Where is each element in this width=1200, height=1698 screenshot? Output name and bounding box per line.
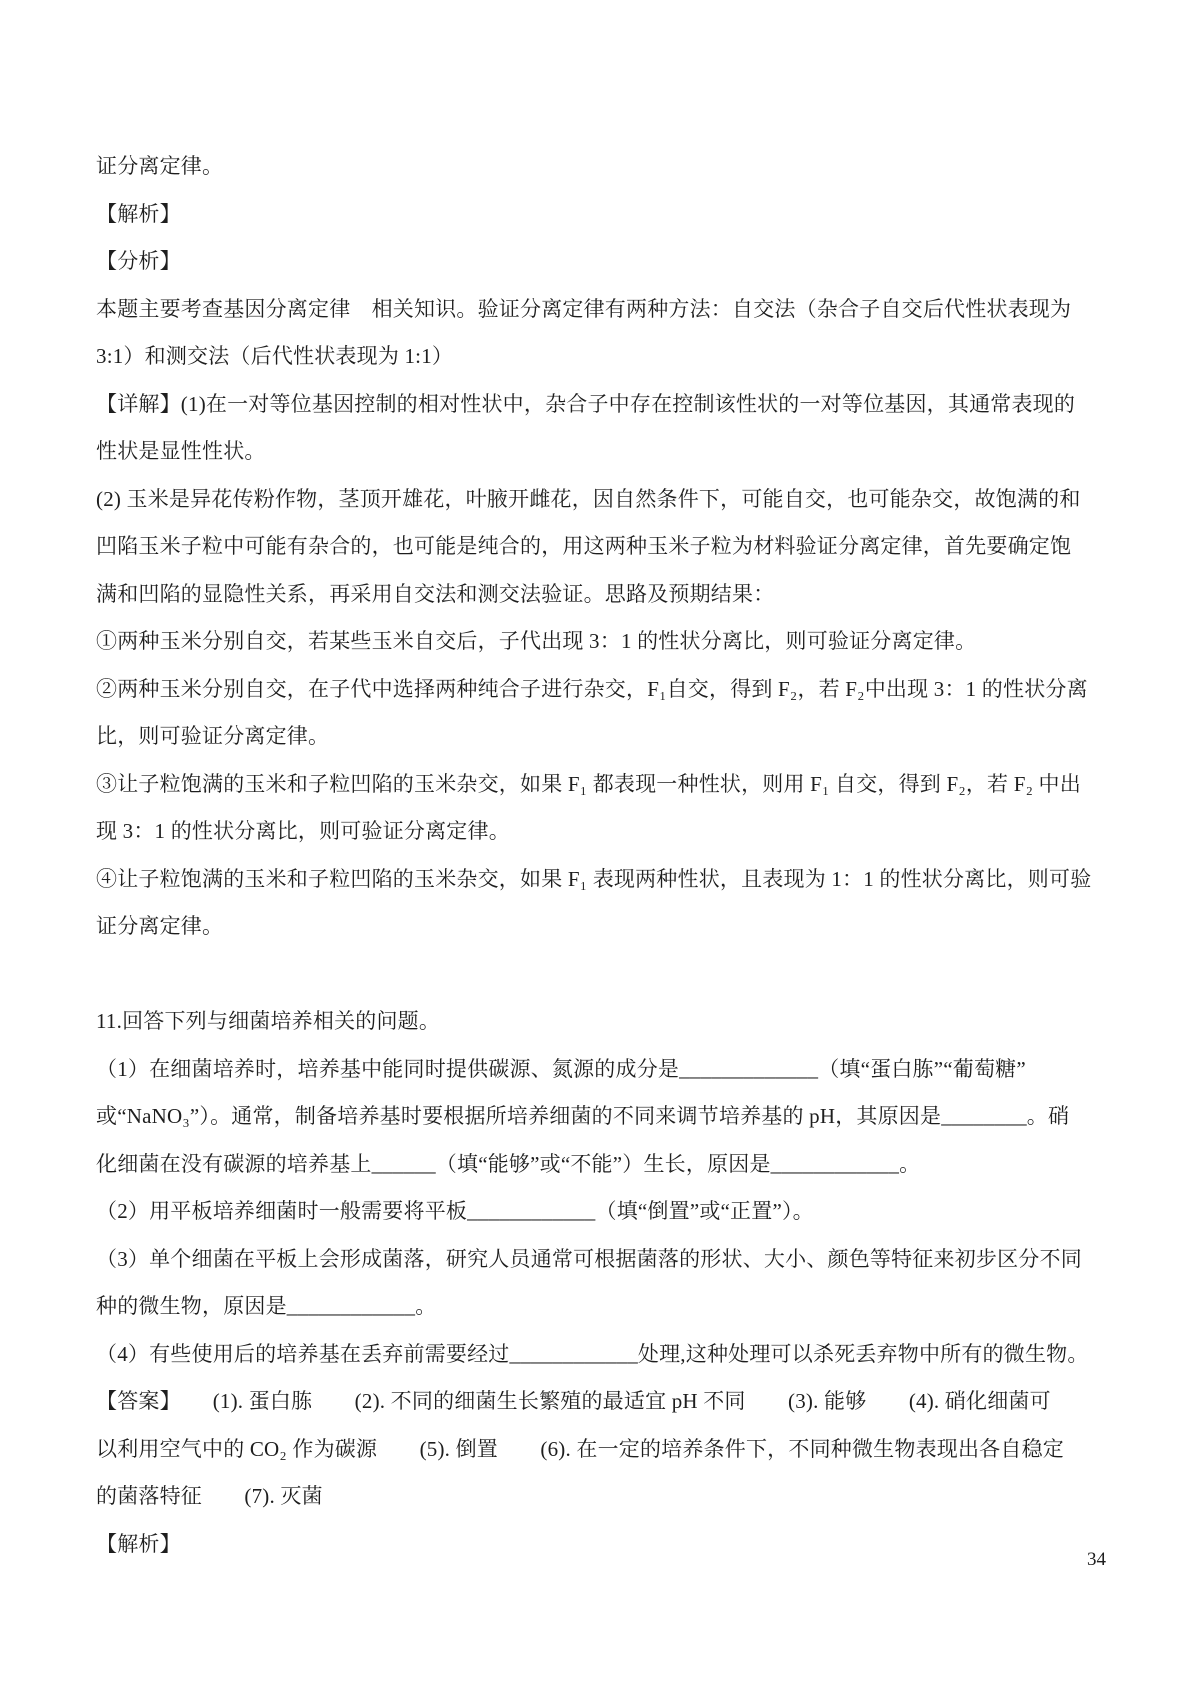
method-2-line-1: ②两种玉米分别自交，在子代中选择两种纯合子进行杂交，F₁自交，得到 F₂，若 F… (96, 666, 1110, 714)
method-4-line-2: 证分离定律。 (96, 903, 1110, 951)
q11-answer-line-3: 的菌落特征 (7). 灭菌 (96, 1473, 1110, 1521)
analysis-line-1: 本题主要考查基因分离定律 相关知识。验证分离定律有两种方法：自交法（杂合子自交后… (96, 286, 1110, 334)
q11-answer-line-1: 【答案】 (1). 蛋白胨 (2). 不同的细菌生长繁殖的最适宜 pH 不同 (… (96, 1378, 1110, 1426)
verification-conclusion-line: 证分离定律。 (96, 143, 1110, 191)
q11-part2-line: （2）用平板培养细菌时一般需要将平板____________（填“倒置”或“正置… (96, 1188, 1110, 1236)
overview-label: 【分析】 (96, 238, 1110, 286)
analysis-label: 【解析】 (96, 191, 1110, 239)
explanation-line-5: 满和凹陷的显隐性关系，再采用自交法和测交法验证。思路及预期结果： (96, 571, 1110, 619)
question-11-stem: 11.回答下列与细菌培养相关的问题。 (96, 998, 1110, 1046)
method-4-line-1: ④让子粒饱满的玉米和子粒凹陷的玉米杂交，如果 F₁ 表现两种性状，且表现为 1：… (96, 856, 1110, 904)
q11-part4-line: （4）有些使用后的培养基在丢弃前需要经过____________处理,这种处理可… (96, 1331, 1110, 1379)
q11-part1-line-2: 或“NaNO₃”）。通常，制备培养基时要根据所培养细菌的不同来调节培养基的 pH… (96, 1093, 1110, 1141)
q11-answer-line-2: 以利用空气中的 CO₂ 作为碳源 (5). 倒置 (6). 在一定的培养条件下，… (96, 1426, 1110, 1474)
analysis-label-2: 【解析】 (96, 1521, 1110, 1569)
method-2-line-2: 比，则可验证分离定律。 (96, 713, 1110, 761)
explanation-line-2: 性状是显性性状。 (96, 428, 1110, 476)
method-3-line-1: ③让子粒饱满的玉米和子粒凹陷的玉米杂交，如果 F₁ 都表现一种性状，则用 F₁ … (96, 761, 1110, 809)
method-3-line-2: 现 3：1 的性状分离比，则可验证分离定律。 (96, 808, 1110, 856)
analysis-line-2: 3:1）和测交法（后代性状表现为 1:1） (96, 333, 1110, 381)
q11-part1-line-1: （1）在细菌培养时，培养基中能同时提供碳源、氮源的成分是____________… (96, 1046, 1110, 1094)
page-number: 34 (1087, 1548, 1106, 1572)
document-content: 证分离定律。 【解析】 【分析】 本题主要考查基因分离定律 相关知识。验证分离定… (96, 143, 1110, 1568)
explanation-line-4: 凹陷玉米子粒中可能有杂合的，也可能是纯合的，用这两种玉米子粒为材料验证分离定律，… (96, 523, 1110, 571)
blank-line (96, 951, 1110, 999)
explanation-line-3: (2) 玉米是异花传粉作物，茎顶开雄花，叶腋开雌花，因自然条件下，可能自交，也可… (96, 476, 1110, 524)
explanation-line-1: 【详解】(1)在一对等位基因控制的相对性状中，杂合子中存在控制该性状的一对等位基… (96, 381, 1110, 429)
q11-part3-line-1: （3）单个细菌在平板上会形成菌落，研究人员通常可根据菌落的形状、大小、颜色等特征… (96, 1236, 1110, 1284)
q11-part3-line-2: 种的微生物，原因是____________。 (96, 1283, 1110, 1331)
method-1-line: ①两种玉米分别自交，若某些玉米自交后，子代出现 3：1 的性状分离比，则可验证分… (96, 618, 1110, 666)
document-page: 证分离定律。 【解析】 【分析】 本题主要考查基因分离定律 相关知识。验证分离定… (0, 0, 1200, 1698)
q11-part1-line-3: 化细菌在没有碳源的培养基上______（填“能够”或“不能”）生长，原因是___… (96, 1141, 1110, 1189)
